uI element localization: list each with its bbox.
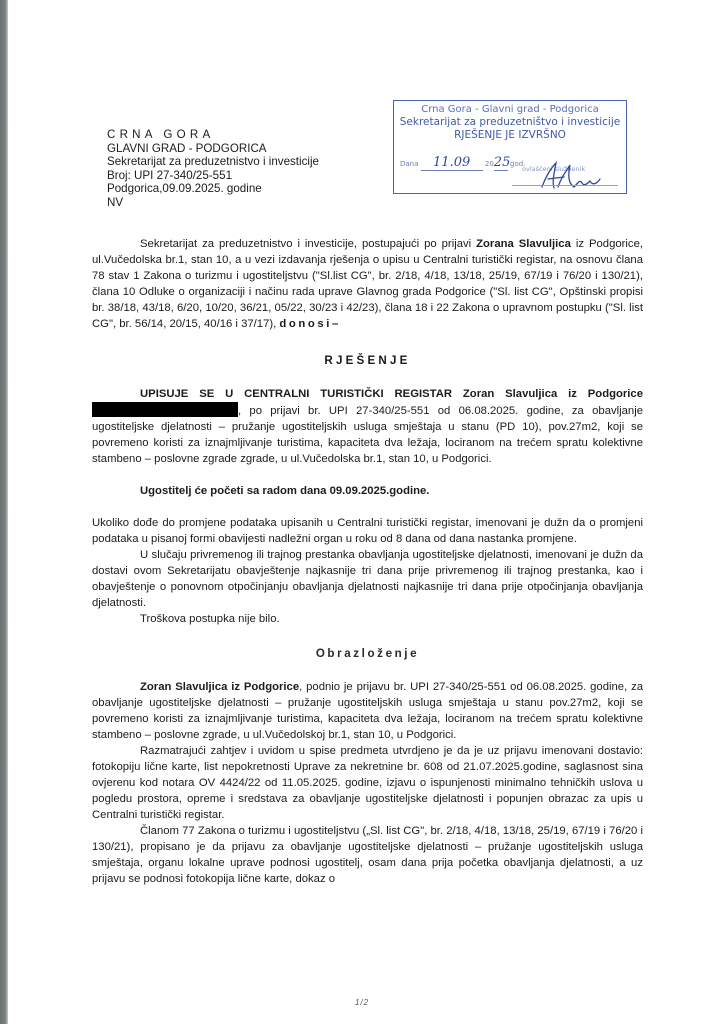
case-number: Broj: UPI 27-340/25-551 (107, 169, 319, 183)
department-name: Sekretarijat za preduzetnistvo i investi… (107, 155, 319, 169)
intro-text-2: iz Podgorice, ul.Vučedolska br.1, stan 1… (92, 238, 643, 330)
reasoning-title: Obrazloženje (92, 646, 643, 662)
page-number: 1/2 (0, 998, 724, 1007)
reasoning-applicant: Zoran Slavuljica iz Podgorice (140, 681, 299, 693)
stamp-date-row: Dana 11.09 2025 god. (400, 155, 525, 171)
enforceability-stamp: Crna Gora - Glavni grad - Podgorica Sekr… (393, 100, 627, 194)
applicant-name: Zorana Slavuljica (476, 238, 571, 250)
termination-notice: U slučaju privremenog ili trajnog presta… (92, 547, 643, 611)
stamp-year-prefix: 20 (485, 160, 494, 168)
stamp-department: Sekretarijat za preduzetništvo i investi… (394, 116, 626, 128)
stamp-status: RJEŠENJE JE IZVRŠNO (394, 129, 626, 141)
redaction-bar (92, 402, 238, 417)
reasoning-paragraph-1: Zoran Slavuljica iz Podgorice, podnio je… (92, 679, 643, 743)
decision-title: RJEŠENJE (92, 353, 643, 369)
author-initials: NV (107, 196, 319, 210)
reasoning-paragraph-3: Članom 77 Zakona o turizmu i ugostiteljs… (92, 823, 643, 887)
decision-paragraph: UPISUJE SE U CENTRALNI TURISTIČKI REGIST… (92, 386, 643, 467)
signature-line (512, 185, 618, 186)
letterhead: CRNA GORA GLAVNI GRAD - PODGORICA Sekret… (107, 128, 319, 210)
country-name: CRNA GORA (107, 128, 319, 142)
place-date: Podgorica,09.09.2025. godine (107, 182, 319, 196)
stamp-date-label: Dana (400, 160, 418, 168)
intro-paragraph: Sekretarijat za preduzetnistvo i investi… (92, 236, 643, 332)
intro-verb: donosi– (279, 318, 341, 330)
signature-icon (534, 161, 604, 191)
stamp-date-value: 11.09 (433, 155, 470, 170)
reasoning-paragraph-2: Razmatrajući zahtjev i uvidom u spise pr… (92, 743, 643, 823)
document-body: Sekretarijat za preduzetnistvo i investi… (92, 236, 643, 887)
stamp-year-value: 25 (494, 155, 511, 170)
change-notice: Ukoliko dođe do promjene podataka upisan… (92, 515, 643, 547)
city-name: GLAVNI GRAD - PODGORICA (107, 142, 319, 156)
decision-lead: UPISUJE SE U CENTRALNI TURISTIČKI REGIST… (140, 388, 643, 400)
intro-text-1: Sekretarijat za preduzetnistvo i investi… (140, 238, 476, 250)
document-page: Crna Gora - Glavni grad - Podgorica Sekr… (0, 0, 724, 1024)
stamp-authority: Crna Gora - Glavni grad - Podgorica (394, 104, 626, 115)
start-notice: Ugostitelj će početi sa radom dana 09.09… (92, 483, 643, 499)
costs-notice: Troškova postupka nije bilo. (92, 611, 643, 627)
